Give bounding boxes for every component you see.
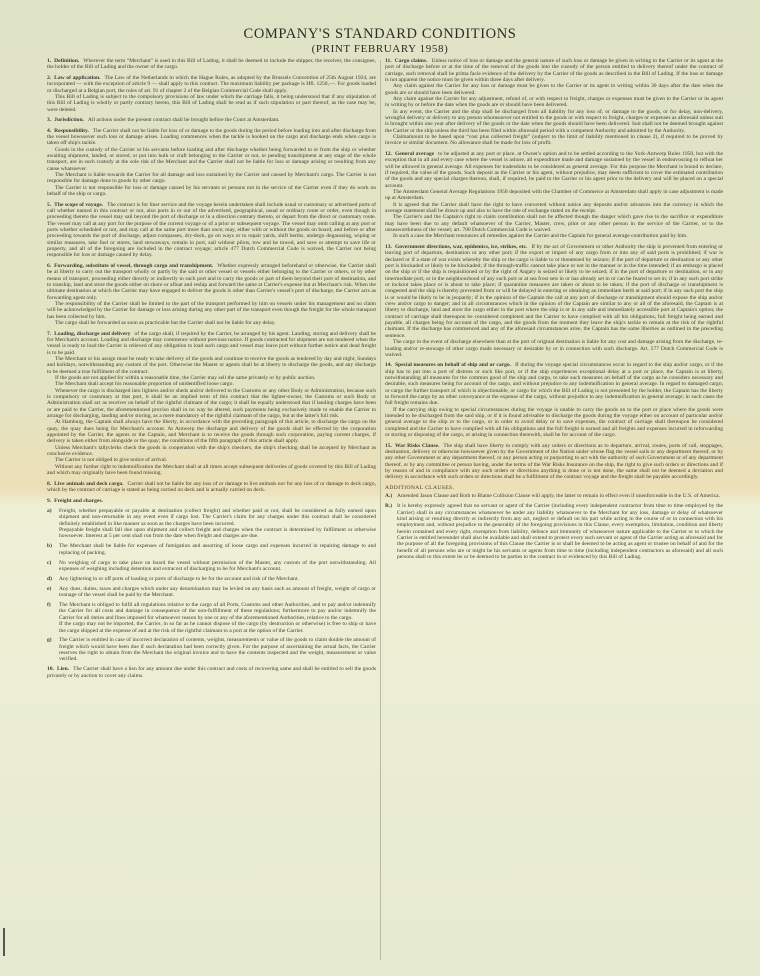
clause-number: 10.	[47, 666, 54, 672]
sub-clause-text: The Carrier is entitled in case of incor…	[59, 637, 376, 662]
clause-paragraph: The cargo shall be forwarded as soon as …	[47, 320, 376, 326]
clause-paragraph: The Merchant or his assign must be ready…	[47, 356, 376, 375]
sub-clause: c)No weighing of cargo to take place on …	[47, 560, 376, 573]
clause-paragraph: Unless Merchant's tallyclerks check the …	[47, 445, 376, 458]
sub-clause-label: f)	[47, 602, 59, 634]
clause-heading: Forwarding, substitute of vessel, throug…	[54, 263, 213, 269]
clause-text: Unless notice of loss or damage and the …	[385, 58, 723, 83]
clause-paragraph: 4.Responsibility.The Carrier shall not b…	[47, 128, 376, 147]
clause-paragraph: 15.War Risks Clause.The ship shall have …	[385, 443, 723, 481]
clause-heading: Law of application.	[54, 75, 100, 81]
right-column: 11.Cargo claims.Unless notice of loss or…	[385, 58, 723, 564]
clause-text: to be adjusted at any port or place, at …	[385, 151, 723, 189]
clause-number: 4.	[47, 128, 51, 134]
clause: 12.General averageto be adjusted at any …	[385, 151, 723, 240]
clause-text: Whether expressly arranged beforehand or…	[47, 263, 376, 301]
clause-heading: Lien.	[57, 666, 69, 672]
sub-clause-text: Any dues, duties, taxes and charges whic…	[59, 586, 376, 599]
clause-paragraph: 7.Loading, discharge and deliveryof the …	[47, 331, 376, 356]
document-title: COMPANY'S STANDARD CONDITIONS	[0, 26, 760, 43]
sub-clause-label: a)	[47, 508, 59, 540]
clause-paragraph: Any claim against the Carrier for any lo…	[385, 83, 723, 96]
sub-clause-label: B.)	[385, 503, 397, 560]
clause: 14.Special measures on behalf of ship an…	[385, 362, 723, 438]
sub-clause-label: c)	[47, 560, 59, 573]
sub-clause-paragraph: The Merchant shall be liable for expense…	[59, 543, 376, 556]
clause-paragraph: 5.The scope of voyage.The contract is fo…	[47, 202, 376, 259]
clause: 13.Government directions, war, epidemics…	[385, 244, 723, 358]
clause: 8.Live animals and deck cargo.Carrier sh…	[47, 481, 376, 494]
clause: 10.Lien.The Carrier shall have a lien fo…	[47, 666, 376, 679]
sub-clause: d)Any lightering in or off ports of load…	[47, 576, 376, 582]
clause-paragraph: The Carrier is not responsible for loss …	[47, 185, 376, 198]
sub-clause: A.)Amended Jason Clause and Both to Blam…	[385, 493, 723, 499]
document-subtitle: (PRINT FEBRUARY 1958)	[0, 43, 760, 55]
clause-number: 3.	[47, 117, 51, 123]
document-page: COMPANY'S STANDARD CONDITIONS (PRINT FEB…	[0, 0, 760, 976]
clause: 15.War Risks Clause.The ship shall have …	[385, 443, 723, 481]
sub-clause-label: g)	[47, 637, 59, 662]
clause-paragraph: It is agreed that the Carrier shall have…	[385, 202, 723, 215]
clause-paragraph: Any claim against the Carrier for any ad…	[385, 96, 723, 109]
sub-clause-text: No weighing of cargo to take place on bo…	[59, 560, 376, 573]
clause-number: 5.	[47, 202, 51, 208]
sub-clause-text: The Merchant is obliged to fulfil all re…	[59, 602, 376, 634]
clause-paragraph: Without any further right to indemnifica…	[47, 464, 376, 477]
clause-number: 2.	[47, 75, 51, 81]
clause-paragraph: The responsibility of the Carrier shall …	[47, 301, 376, 320]
clause-heading: Live animals and deck cargo.	[54, 481, 123, 487]
sub-clause-paragraph: No weighing of cargo to take place on bo…	[59, 560, 376, 573]
clause: 2.Law of application.The Law of the Neth…	[47, 75, 376, 113]
clause-heading: The scope of voyage.	[54, 202, 103, 208]
clause-text: The Carrier shall have a lien for any am…	[47, 666, 376, 678]
clause-text: If during the voyage special circumstanc…	[385, 362, 723, 406]
clause-paragraph: 10.Lien.The Carrier shall have a lien fo…	[47, 666, 376, 679]
clause-text: All actions under the present contract s…	[88, 117, 280, 123]
sub-clause-paragraph: Freight, whether prepayable or payable a…	[59, 508, 376, 527]
sub-clause-paragraph: The Merchant is obliged to fulfil all re…	[59, 602, 376, 621]
sub-clause: b)The Merchant shall be liable for expen…	[47, 543, 376, 556]
clause: 6.Forwarding, substitute of vessel, thro…	[47, 263, 376, 326]
sub-clause: B.)It is hereby expressly agreed that no…	[385, 503, 723, 560]
clause-paragraph: This Bill of Lading is subject to the co…	[47, 94, 376, 113]
clause-paragraph: The Amsterdam General Average Regulation…	[385, 189, 723, 202]
clause-text: The Carrier shall not be liable for loss…	[47, 128, 376, 147]
clause-number: 8.	[47, 481, 51, 487]
clause: 11.Cargo claims.Unless notice of loss or…	[385, 58, 723, 147]
clause-paragraph: 8.Live animals and deck cargo.Carrier sh…	[47, 481, 376, 494]
clause: 1.Definition.Wherever the term “Merchant…	[47, 58, 376, 71]
clause-paragraph: Claimamount to be based upon “cost plus …	[385, 134, 723, 147]
sub-clause-paragraph: The Carrier is entitled in case of incor…	[59, 637, 376, 662]
clause-paragraph: If the carrying ship owing to special ci…	[385, 407, 723, 439]
sub-clause-paragraph: Amended Jason Clause and Both to Blame C…	[397, 493, 723, 499]
clause: 9.Freight and charges.	[47, 498, 376, 504]
sub-clause-paragraph: Any dues, duties, taxes and charges whic…	[59, 586, 376, 599]
sub-clause-text: Freight, whether prepayable or payable a…	[59, 508, 376, 540]
clause-text: Wherever the term “Merchant” is used in …	[47, 58, 376, 70]
sub-clause-label: d)	[47, 576, 59, 582]
clause-paragraph: In such a case the Merchant renounces al…	[385, 233, 723, 239]
sub-clause: f)The Merchant is obliged to fulfil all …	[47, 602, 376, 634]
clause-paragraph: 13.Government directions, war, epidemics…	[385, 244, 723, 339]
clause-text: The ship shall have liberty to comply wi…	[385, 443, 723, 481]
clause-heading: War Risks Clause.	[395, 443, 439, 449]
clause-heading: Responsibility.	[54, 128, 89, 134]
clause-text: The contract is for liner service and th…	[47, 202, 376, 259]
clause-paragraph: 6.Forwarding, substitute of vessel, thro…	[47, 263, 376, 301]
left-column: 1.Definition.Wherever the term “Merchant…	[47, 58, 376, 683]
clause-paragraph: 1.Definition.Wherever the term “Merchant…	[47, 58, 376, 71]
clause-paragraph: 11.Cargo claims.Unless notice of loss or…	[385, 58, 723, 83]
clause-heading: Loading, discharge and delivery	[54, 331, 130, 337]
clause-paragraph: 14.Special measures on behalf of ship an…	[385, 362, 723, 406]
clause-number: 7.	[47, 331, 51, 337]
sub-clause-paragraph: Prepayable freight shall fall due upon s…	[59, 527, 376, 540]
clause-paragraph: The Merchant is liable towards the Carri…	[47, 172, 376, 185]
sub-clause-text: Amended Jason Clause and Both to Blame C…	[397, 493, 723, 499]
sub-clause-text: The Merchant shall be liable for expense…	[59, 543, 376, 556]
additional-clauses-title: ADDITIONAL CLAUSES.	[385, 485, 723, 491]
sub-clause-text: Any lightering in or off ports of loadin…	[59, 576, 376, 582]
sub-clause: a)Freight, whether prepayable or payable…	[47, 508, 376, 540]
sub-clause-text: It is hereby expressly agreed that no se…	[397, 503, 723, 560]
clause-number: 6.	[47, 263, 51, 269]
clause-paragraph: In any event, the Carrier and the ship s…	[385, 109, 723, 134]
clause-heading: Special measures on behalf of ship and o…	[395, 362, 511, 368]
clause-paragraph: The Carrier's and the Captain's right to…	[385, 214, 723, 233]
clause-heading: Freight and charges.	[54, 498, 103, 504]
clause-paragraph: 2.Law of application.The Law of the Neth…	[47, 75, 376, 94]
clause-paragraph: 3.Jurisdiction.All actions under the pre…	[47, 117, 376, 123]
clause-number: 14.	[385, 362, 392, 368]
sub-clause-paragraph: Any lightering in or off ports of loadin…	[59, 576, 376, 582]
clause-text: If by the act of Government or other Aut…	[385, 244, 723, 339]
clause-number: 9.	[47, 498, 51, 504]
column-divider	[380, 60, 381, 960]
sub-clause-label: b)	[47, 543, 59, 556]
scan-edge-mark	[3, 928, 5, 956]
clause: 3.Jurisdiction.All actions under the pre…	[47, 117, 376, 123]
clause-paragraph: Whenever the cargo is discharged into li…	[47, 388, 376, 420]
sub-clause: e)Any dues, duties, taxes and charges wh…	[47, 586, 376, 599]
clause-paragraph: Goods in the custody of the Carrier or h…	[47, 147, 376, 172]
sub-clause-paragraph: It is hereby expressly agreed that no se…	[397, 503, 723, 560]
clause: 7.Loading, discharge and deliveryof the …	[47, 331, 376, 477]
sub-clause-label: e)	[47, 586, 59, 599]
clause: 5.The scope of voyage.The contract is fo…	[47, 202, 376, 259]
sub-clause-label: A.)	[385, 493, 397, 499]
sub-clause: g)The Carrier is entitled in case of inc…	[47, 637, 376, 662]
sub-clause-paragraph: If the cargo may not be imported, the Ca…	[59, 621, 376, 634]
clause-paragraph: At Hamburg, the Captain shall always hav…	[47, 419, 376, 444]
clause-paragraph: 9.Freight and charges.	[47, 498, 376, 504]
clause: 4.Responsibility.The Carrier shall not b…	[47, 128, 376, 198]
clause-paragraph: 12.General averageto be adjusted at any …	[385, 151, 723, 189]
clause-number: 15.	[385, 443, 392, 449]
clause-heading: Jurisdiction.	[54, 117, 84, 123]
clause-paragraph: The cargo in the event of discharge else…	[385, 339, 723, 358]
